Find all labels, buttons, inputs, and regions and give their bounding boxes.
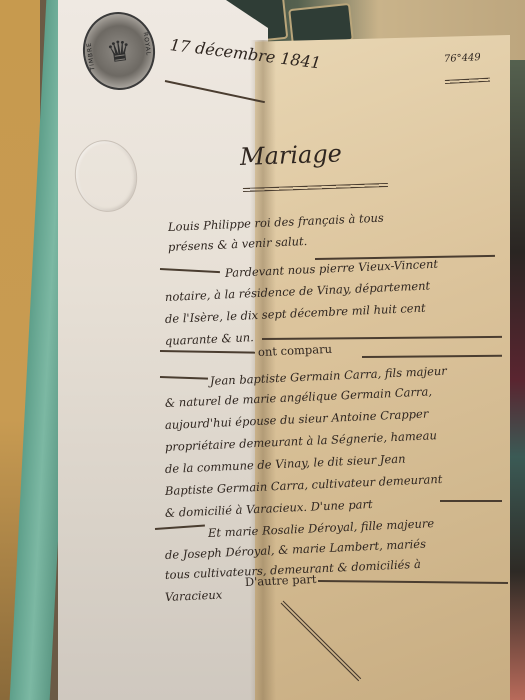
document-photo: TIMBRE ♛ ROYAL 17 décembre 1841 76°449 M… [0,0,525,700]
page-fold [250,40,276,700]
body-line: Varacieux [165,588,223,604]
record-reference: 76°449 [444,52,481,65]
stamp-right-text: ROYAL [142,32,152,57]
seated-figure-icon: ♛ [104,33,133,69]
fill-line [440,500,502,502]
stamp-left-text: TIMBRE [86,42,97,71]
document-title: Mariage [240,139,343,171]
